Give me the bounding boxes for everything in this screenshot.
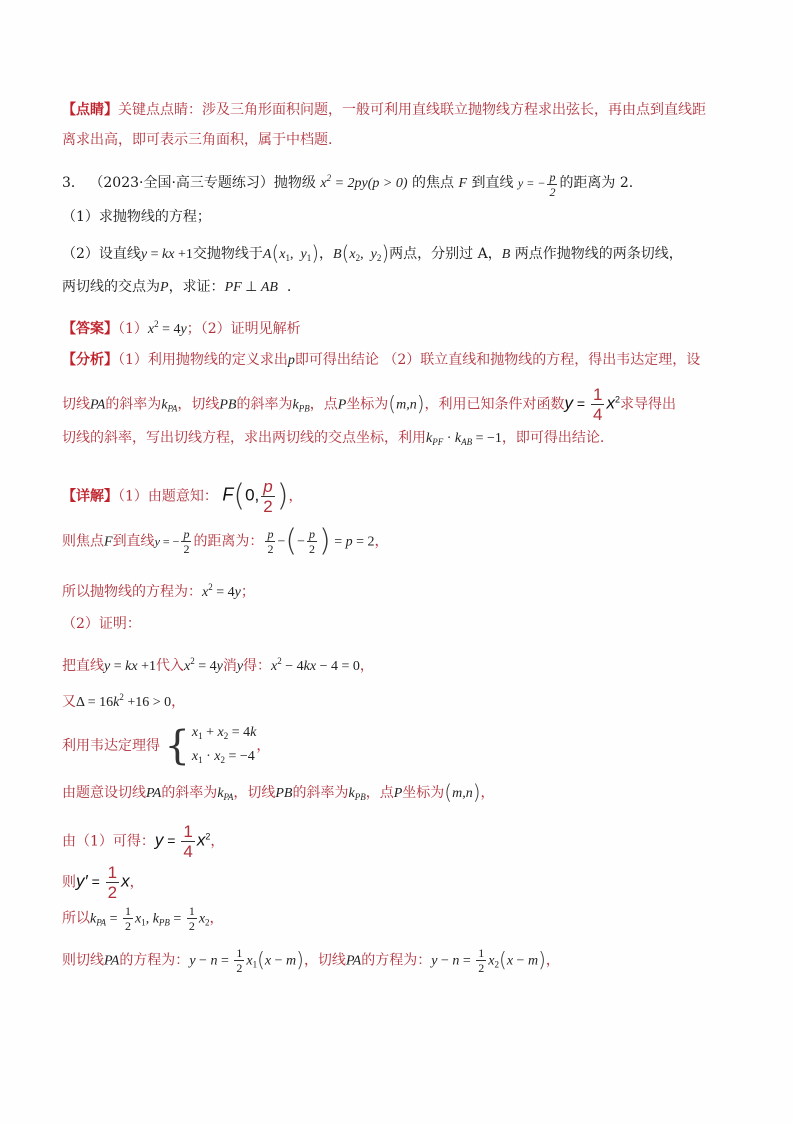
solution-step-6: 又Δ = 16k2 +16 > 0，	[62, 687, 185, 713]
solution-step-10: 则y′ = 12x，	[62, 864, 144, 901]
stem-mid-2: 到直线	[471, 175, 513, 191]
solution-step-4: （2）证明：	[62, 614, 141, 634]
solution-tag: 【详解】	[62, 489, 118, 505]
stem-directrix: y = −p2	[518, 176, 560, 190]
answer-line: 【答案】（1）x2 = 4y；（2）证明见解析	[62, 314, 301, 340]
analysis-line-3: 切线的斜率，写出切线方程，求出两切线的交点坐标，利用kPF · kAB = −1…	[62, 428, 604, 452]
answer-tag: 【答案】	[62, 321, 118, 337]
stem-equation: x2 = 2py(p > 0)	[320, 176, 407, 191]
problem-source: （2023·全国·高三专题练习）	[89, 175, 274, 191]
stem-prefix: 抛物级	[274, 175, 316, 191]
analysis-tag: 【分析】	[62, 352, 118, 368]
solution-step-3: 所以抛物线的方程为：x2 = 4y；	[62, 577, 255, 603]
comment-line-2: 离求出高，即可表示三角面积，属于中档题.	[62, 130, 332, 150]
solution-step-11: 所以kPA = 12x1, kPB = 12x2，	[62, 905, 224, 933]
stem-suffix: 的距离为 2.	[559, 175, 633, 191]
problem-number: 3．	[62, 175, 85, 191]
solution-step-5: 把直线y = kx +1代入x2 = 4y消y得：x2 − 4kx − 4 = …	[62, 651, 374, 677]
problem-stem: 3． （2023·全国·高三专题练习）抛物级 x2 = 2py(p > 0) 的…	[62, 168, 633, 198]
solution-step-1: 【详解】（1）由题意知： F(0,p2)，	[62, 478, 302, 515]
analysis-line-1: 【分析】（1）利用抛物线的定义求出p即可得出结论 （2）联立直线和抛物线的方程，…	[62, 350, 700, 371]
comment-tag: 【点睛】	[62, 102, 118, 118]
comment-text-1: 关键点点睛：涉及三角形面积问题，一般可利用直线联立抛物线方程求出弦长，再由点到直…	[118, 102, 706, 118]
solution-step-12: 则切线PA的方程为：y − n = 12x1(x − m)，切线PA的方程为：y…	[62, 947, 560, 975]
stem-mid-1: 的焦点	[412, 175, 454, 191]
vieta-system: { x1 + x2 = 4k x1 · x2 = −4	[164, 722, 256, 770]
solution-step-7: 利用韦达定理得 { x1 + x2 = 4k x1 · x2 = −4 ，	[62, 722, 270, 770]
analysis-line-2: 切线PA的斜率为kPA，切线PB的斜率为kPB，点P坐标为(m,n)，利用已知条…	[62, 386, 676, 423]
comment-line-1: 【点睛】关键点点睛：涉及三角形面积问题，一般可利用直线联立抛物线方程求出弦长，再…	[62, 100, 706, 120]
problem-part-2-line-2: 两切线的交点为P，求证：PF ⊥ AB .	[62, 277, 291, 298]
stem-focus-F: F	[458, 176, 467, 191]
solution-step-2: 则焦点F到直线y = −p2的距离为：p2−(−p2) = p = 2，	[62, 528, 389, 555]
solution-step-9: 由（1）可得：y = 14x2，	[62, 823, 224, 860]
problem-part-2-line-1: （2）设直线y = kx +1交抛物线于A(x1, y1)，B(x2, y2)两…	[62, 243, 683, 268]
problem-part-1: （1）求抛物线的方程；	[62, 207, 211, 227]
solution-step-8: 由题意设切线PA的斜率为kPA，切线PB的斜率为kPB，点P坐标为(m,n)，	[62, 782, 495, 807]
